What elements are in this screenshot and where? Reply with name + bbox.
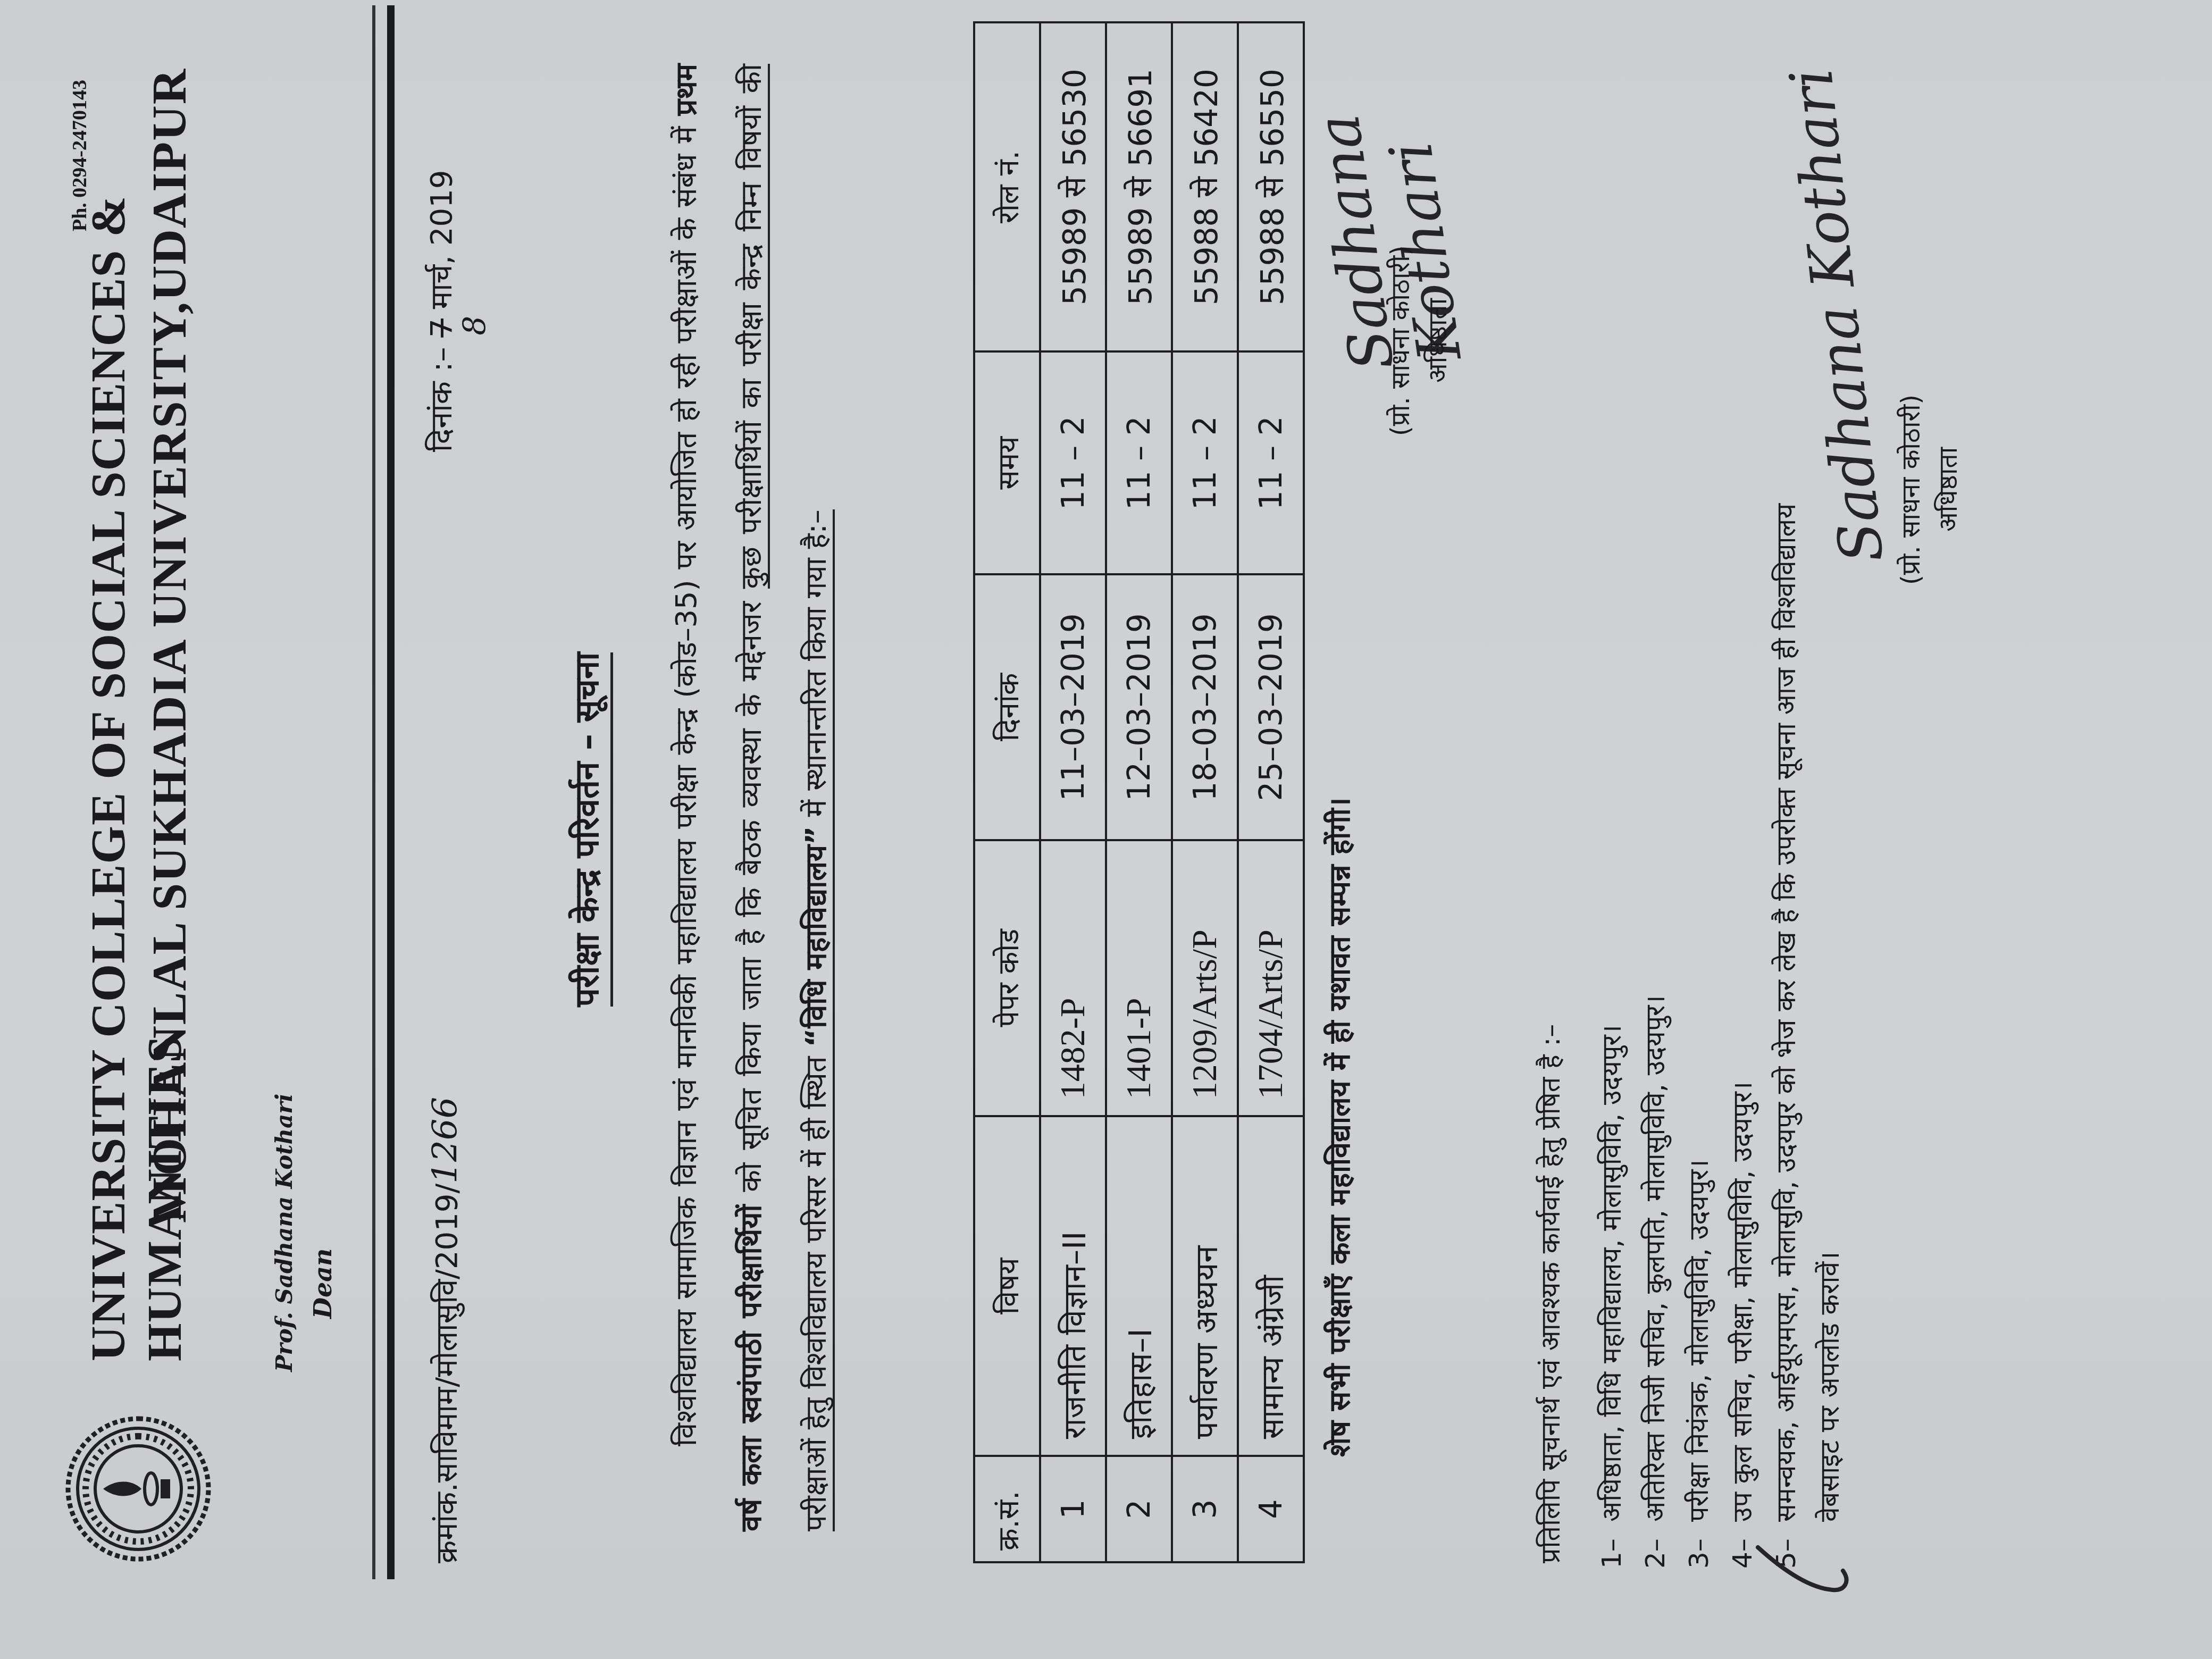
dean-title: Dean xyxy=(308,1249,337,1319)
header-roll-no: रोल नं. xyxy=(974,22,1040,351)
signatory-title-2: अधिष्ठाता xyxy=(1930,447,1965,532)
body-law-college: “विधि महाविद्यालय” xyxy=(799,826,835,1047)
table-row: 2 इतिहास–I 1401-P 12–03–2019 11 – 2 5598… xyxy=(1106,22,1172,1562)
list-item: 2–अतिरिक्त निजी सचिव, कुलपति, मोलासुविवि… xyxy=(1633,80,1677,1569)
date-rest: मार्च, 2019 xyxy=(424,170,459,309)
header-time: समय xyxy=(974,351,1040,574)
signatory-name-1: (प्रो. साधना कोठारी) xyxy=(1382,246,1417,436)
university-name: MOHANLAL SUKHADIA UNIVERSITY,UDAIPUR xyxy=(141,68,197,1223)
header-divider xyxy=(372,5,395,1579)
reference-number: क्रमांक.साविमाम/मोलासुवि/2019/1266 xyxy=(425,1097,466,1563)
remaining-exams-note: शेष सभी परीक्षाएँ कला महाविद्यालय में ही… xyxy=(1319,798,1358,1457)
date-label: दिनांक :– xyxy=(424,347,459,453)
university-seal-icon xyxy=(58,1409,218,1569)
reference-handwritten-number: 1266 xyxy=(426,1097,465,1184)
dean-name: Prof. Sadhana Kothari xyxy=(271,1094,297,1372)
notice-date: दिनांक :– 7 8 मार्च, 2019 xyxy=(420,170,460,452)
reference-label: क्रमांक.साविमाम/मोलासुवि/2019/ xyxy=(430,1184,464,1563)
date-day-printed: 7 xyxy=(424,319,459,338)
list-item: 4–उप कुल सचिव, परीक्षा, मोलासुविवि, उदयप… xyxy=(1721,80,1764,1569)
exam-schedule-table: क्र.सं. विषय पेपर कोड दिनांक समय रोल नं.… xyxy=(973,21,1305,1563)
header-paper-code: पेपर कोड xyxy=(974,840,1040,1117)
list-item: 3–परीक्षा नियंत्रक, मोलासुविवि, उदयपुर। xyxy=(1677,80,1721,1569)
signatory-title-1: अधिष्ठाता xyxy=(1420,298,1454,383)
header-subject: विषय xyxy=(974,1116,1040,1456)
table-row: 4 सामान्य अंग्रेजी 1704/Arts/P 25–03–201… xyxy=(1238,22,1304,1562)
signatory-name-2: (प्रो. साधना कोठारी) xyxy=(1893,395,1928,585)
header-date: दिनांक xyxy=(974,574,1040,840)
list-item: 1–अधिष्ठाता, विधि महाविद्यालय, मोलासुविव… xyxy=(1590,80,1633,1569)
date-day: 7 8 xyxy=(424,319,459,338)
header-sno: क्र.सं. xyxy=(974,1456,1040,1562)
notice-title: परीक्षा केन्द्र परिवर्तन – सूचना xyxy=(564,0,608,1659)
table-row: 3 पर्यावरण अध्ययन 1209/Arts/P 18–03–2019… xyxy=(1172,22,1238,1562)
date-day-corrected: 8 xyxy=(456,316,492,336)
notice-body: विश्वविद्यालय सामाजिक विज्ञान एवं मानविक… xyxy=(654,64,849,1531)
notice-document: Ph. 0294-2470143 UNIVERSITY COLLEGE OF S… xyxy=(0,0,2212,1659)
copy-to-heading: प्रतिलिपि सूचनार्थ एवं आवश्यक कार्यवाई ह… xyxy=(1531,1024,1568,1563)
table-header-row: क्र.सं. विषय पेपर कोड दिनांक समय रोल नं. xyxy=(974,22,1040,1562)
table-row: 1 राजनीति विज्ञान–II 1482-P 11–03–2019 1… xyxy=(1040,22,1106,1562)
handwritten-tick-icon xyxy=(1749,1537,1856,1601)
